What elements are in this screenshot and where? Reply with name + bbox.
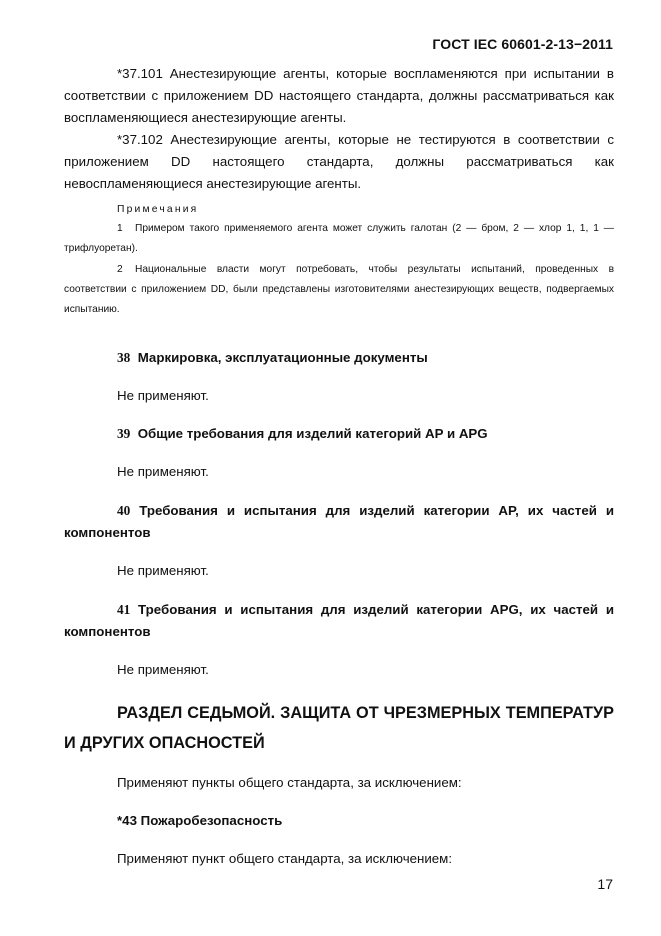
section-body-40: Не применяют. [64,560,614,582]
subsection-heading-43: *43 Пожаробезопасность [64,810,614,832]
section-number: 40 [117,503,130,518]
part-seven-intro: Применяют пункты общего стандарта, за ис… [64,772,614,794]
section-number: 41 [117,602,130,617]
note-text: Примером такого применяемого агента може… [64,223,614,254]
section-body-41: Не применяют. [64,659,614,681]
paragraph-37-102: *37.102 Анестезирующие агенты, которые н… [64,129,614,195]
page-number: 17 [597,876,613,892]
section-number: 39 [117,426,130,441]
section-title: Требования и испытания для изделий катег… [64,602,614,639]
section-heading-40: 40 Требования и испытания для изделий ка… [64,500,614,544]
paragraph-37-101: *37.101 Анестезирующие агенты, которые в… [64,63,614,129]
subsection-body-43: Применяют пункт общего стандарта, за иск… [64,848,614,870]
section-title: Общие требования для изделий категорий A… [138,426,488,441]
note-item: 1Примером такого применяемого агента мож… [64,219,614,259]
section-title: Маркировка, эксплуатационные документы [138,350,428,365]
section-heading-38: 38 Маркировка, эксплуатационные документ… [64,347,614,369]
note-text: Национальные власти могут потребовать, ч… [64,264,614,315]
note-item: 2Национальные власти могут потребовать, … [64,260,614,320]
notes-title: Примечания [117,202,614,218]
page-content: *37.101 Анестезирующие агенты, которые в… [64,63,614,870]
document-code: ГОСТ IEC 60601-2-13−2011 [432,36,613,52]
note-number: 2 [117,260,135,280]
part-seven-title: РАЗДЕЛ СЕДЬМОЙ. ЗАЩИТА ОТ ЧРЕЗМЕРНЫХ ТЕМ… [64,698,614,758]
section-body-38: Не применяют. [64,385,614,407]
section-number: 38 [117,350,130,365]
document-page: ГОСТ IEC 60601-2-13−2011 *37.101 Анестез… [0,0,661,936]
section-title: Требования и испытания для изделий катег… [64,503,614,540]
section-body-39: Не применяют. [64,461,614,483]
section-heading-41: 41 Требования и испытания для изделий ка… [64,599,614,643]
section-heading-39: 39 Общие требования для изделий категори… [64,423,614,445]
note-number: 1 [117,219,135,239]
